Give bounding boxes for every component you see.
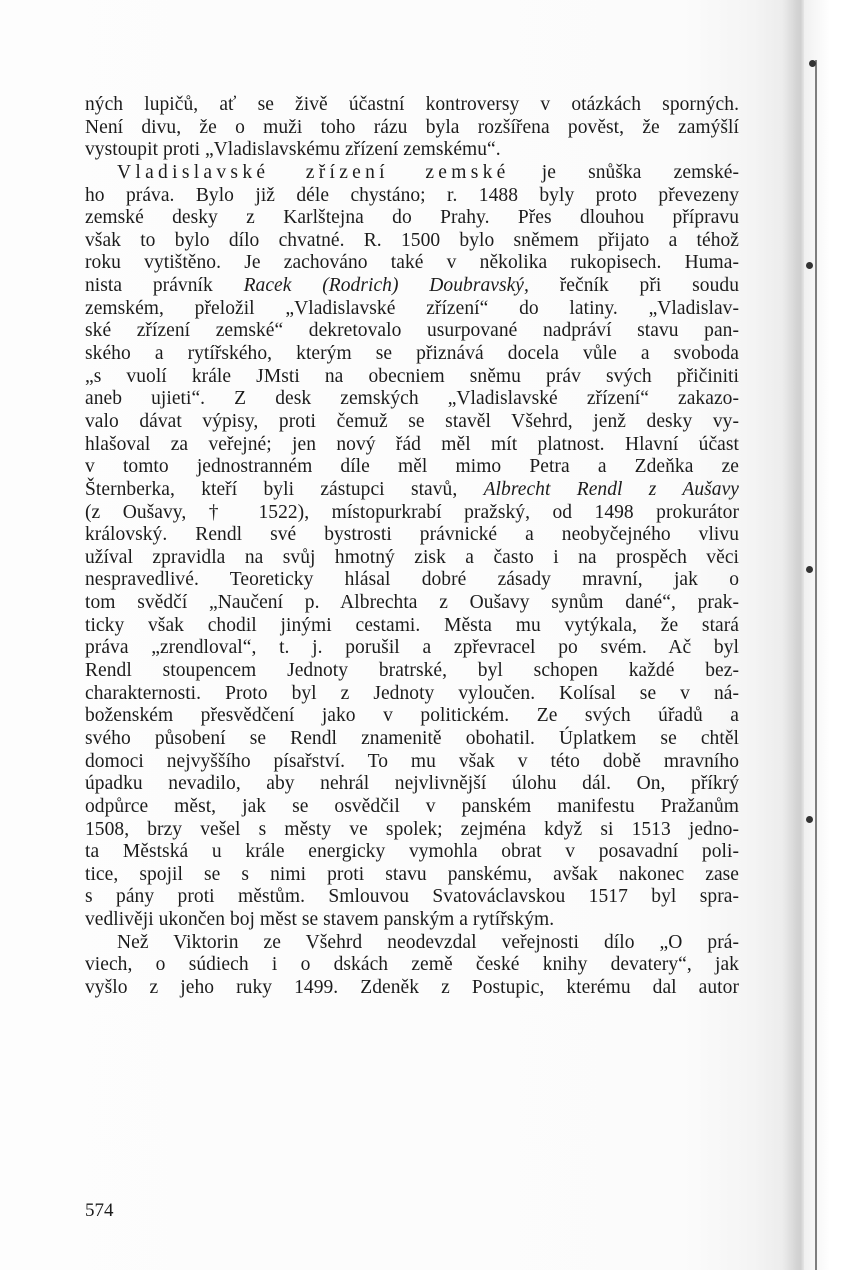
text-line: viech, o súdiech i o dskách země české k… [85,954,739,977]
text-line: valo dávat výpisy, proti čemuž se stavěl… [85,411,739,434]
text-line: domoci nejvyššího písařství. To mu však … [85,751,739,774]
binding-stitch [806,262,813,269]
text-line: odpůrce měst, jak se osvědčil v panském … [85,796,739,819]
body-text: ných lupičů, ať se živě účastní kontrove… [85,94,739,1000]
text-line: v tomto jednostranném díle měl mimo Petr… [85,456,739,479]
text-line: 1508, brzy vešel s městy ve spolek; zejm… [85,819,739,842]
binding-stitch [806,816,813,823]
text-line: roku vytištěno. Je zachováno také v něko… [85,252,739,275]
binding-shadow [782,0,804,1270]
text-line: ho práva. Bylo již déle chystáno; r. 148… [85,185,739,208]
text-line: „s vuolí krále JMsti na obecniem sněmu p… [85,366,739,389]
text-run: Šternberka, kteří byli zástupci stavů, [85,479,484,500]
text-line: ticky však chodil jinými cestami. Města … [85,615,739,638]
text-line: Není divu, že o muži toho rázu byla rozš… [85,117,739,140]
text-line: vyšlo z jeho ruky 1499. Zdeněk z Postupi… [85,977,739,1000]
text-line: královský. Rendl své bystrosti právnické… [85,524,739,547]
text-line: (z Oušavy, † 1522), místopurkrabí pražsk… [85,502,739,525]
text-line: práva „zrendloval“, t. j. porušil a zpře… [85,637,739,660]
text-run: nista právník [85,275,244,296]
text-line: hlašoval za veřejné; jen nový řád měl mí… [85,434,739,457]
text-line: ského a rytířského, kterým se přiznává d… [85,343,739,366]
text-line: boženském přesvědčení jako v politickém.… [85,705,739,728]
text-line: zemském, přeložil „Vladislavské zřízení“… [85,298,739,321]
text-line: Šternberka, kteří byli zástupci stavů, A… [85,479,739,502]
text-line: tice, spojil se s nimi proti stavu pansk… [85,864,739,887]
text-line: ta Městská u krále energicky vymohla obr… [85,841,739,864]
text-line: vedlivěji ukončen boj měst se stavem pan… [85,909,739,932]
text-line: úpadku nevadilo, aby nehrál nejvlivnější… [85,773,739,796]
italic-name: Racek (Rodrich) Doubravský, [244,275,529,296]
text-line: zemské desky z Karlštejna do Prahy. Přes… [85,207,739,230]
binding-stitch [809,60,816,67]
text-line: nista právník Racek (Rodrich) Doubravský… [85,275,739,298]
text-line: s pány proti městům. Smlouvou Svatovácla… [85,886,739,909]
book-page: ných lupičů, ať se živě účastní kontrove… [0,0,856,1270]
binding-edge [815,60,817,1270]
italic-name: Albrecht Rendl z Aušavy [484,479,739,500]
text-line: Než Viktorin ze Všehrd neodevzdal veřejn… [85,932,739,955]
binding-stitch [806,566,813,573]
spaced-emphasis: Vladislavské zřízení zemské [117,162,510,183]
text-line: užíval zpravidla na svůj hmotný zisk a č… [85,547,739,570]
text-line: Rendl stoupencem Jednoty bratrské, byl s… [85,660,739,683]
page-number: 574 [85,1200,114,1222]
text-line: svého působení se Rendl znamenitě obohat… [85,728,739,751]
text-line: ných lupičů, ať se živě účastní kontrove… [85,94,739,117]
text-line: vystoupit proti „Vladislavskému zřízení … [85,139,739,162]
text-line: charakternosti. Proto byl z Jednoty vylo… [85,683,739,706]
text-line: tom svědčí „Naučení p. Albrechta z Oušav… [85,592,739,615]
text-line: nespravedlivé. Teoreticky hlásal dobré z… [85,569,739,592]
text-run: řečník při soudu [529,275,739,296]
text-line: Vladislavské zřízení zemské je snůška ze… [85,162,739,185]
text-line: však to bylo dílo chvatné. R. 1500 bylo … [85,230,739,253]
text-line: ské zřízení zemské“ dekretovalo usurpova… [85,320,739,343]
text-run: je snůška zemské- [510,162,739,183]
text-line: aneb ujieti“. Z desk zemských „Vladislav… [85,388,739,411]
